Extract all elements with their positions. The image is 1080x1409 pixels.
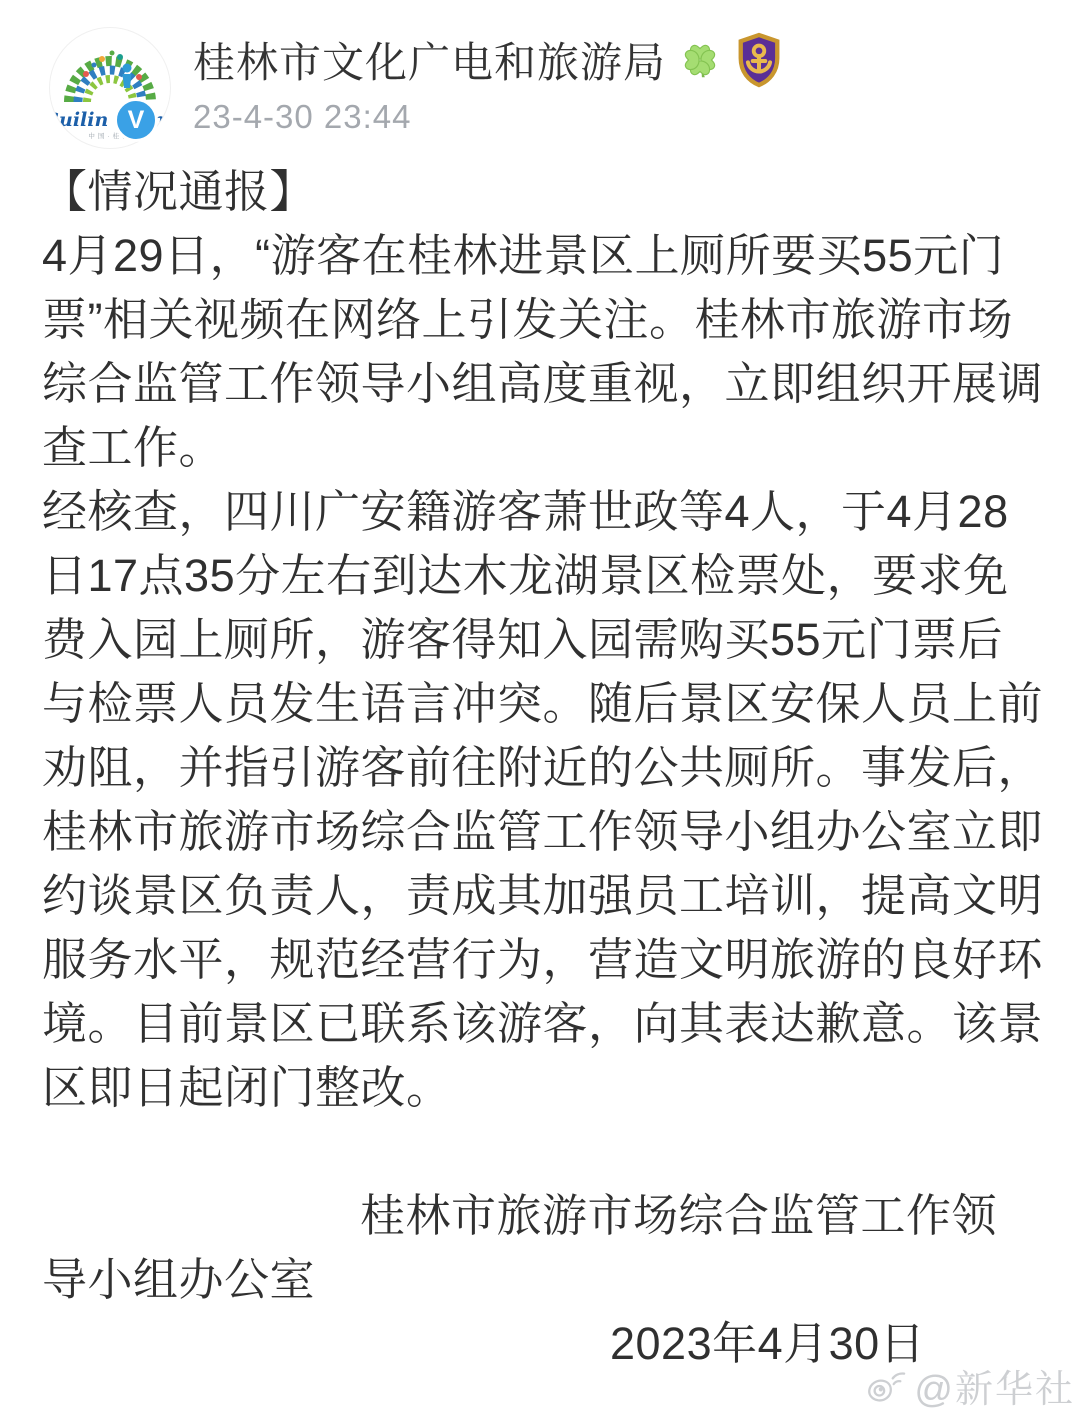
post-timestamp: 23-4-30 23:44	[193, 98, 784, 136]
body-line: 服务水平，规范经营行为，营造文明旅游的良好环	[42, 928, 1042, 992]
body-line: 桂林市旅游市场综合监管工作领导小组办公室立即	[42, 800, 1042, 864]
body-line: 劝阻，并指引游客前往附近的公共厕所。事发后，	[42, 736, 1042, 800]
body-line: 综合监管工作领导小组高度重视，立即组织开展调	[42, 352, 1042, 416]
body-line: 导小组办公室	[42, 1248, 1042, 1312]
body-line: 区即日起闭门整改。	[42, 1056, 1042, 1120]
body-line	[42, 1120, 1042, 1184]
body-line: 日17点35分左右到达木龙湖景区检票处，要求免	[42, 544, 1042, 608]
body-line: 【情况通报】	[42, 160, 1042, 224]
weibo-logo-icon	[865, 1366, 909, 1406]
name-row: 桂林市文化广电和旅游局	[193, 34, 784, 86]
avatar[interactable]: Guilin China 中国·桂林 V	[50, 28, 170, 148]
body-line: 经核查，四川广安籍游客萧世政等4人，于4月28	[42, 480, 1042, 544]
shield-badge-icon	[734, 32, 784, 88]
verified-badge-icon: V	[114, 98, 158, 142]
body-line: 票”相关视频在网络上引发关注。桂林市旅游市场	[42, 288, 1042, 352]
verified-letter: V	[128, 106, 145, 135]
watermark: @新华社	[865, 1358, 1075, 1409]
username[interactable]: 桂林市文化广电和旅游局	[193, 30, 666, 90]
body-line: 4月29日，“游客在桂林进景区上厕所要买55元门	[42, 224, 1042, 288]
header-text: 桂林市文化广电和旅游局	[193, 34, 784, 136]
body-line: 与检票人员发生语言冲突。随后景区安保人员上前	[42, 672, 1042, 736]
body-line: 桂林市旅游市场综合监管工作领	[42, 1184, 1042, 1248]
body-line: 约谈景区负责人，责成其加强员工培训，提高文明	[42, 864, 1042, 928]
clover-badge-icon	[677, 37, 723, 83]
body-line: 境。目前景区已联系该游客，向其表达歉意。该景	[42, 992, 1042, 1056]
watermark-text: @新华社	[914, 1358, 1075, 1409]
post-body: 【情况通报】4月29日，“游客在桂林进景区上厕所要买55元门票”相关视频在网络上…	[42, 160, 1042, 1376]
weibo-post-card: Guilin China 中国·桂林 V 桂林市文化广电和旅游局	[0, 0, 1080, 1409]
body-line: 费入园上厕所，游客得知入园需购买55元门票后	[42, 608, 1042, 672]
body-line: 查工作。	[42, 416, 1042, 480]
